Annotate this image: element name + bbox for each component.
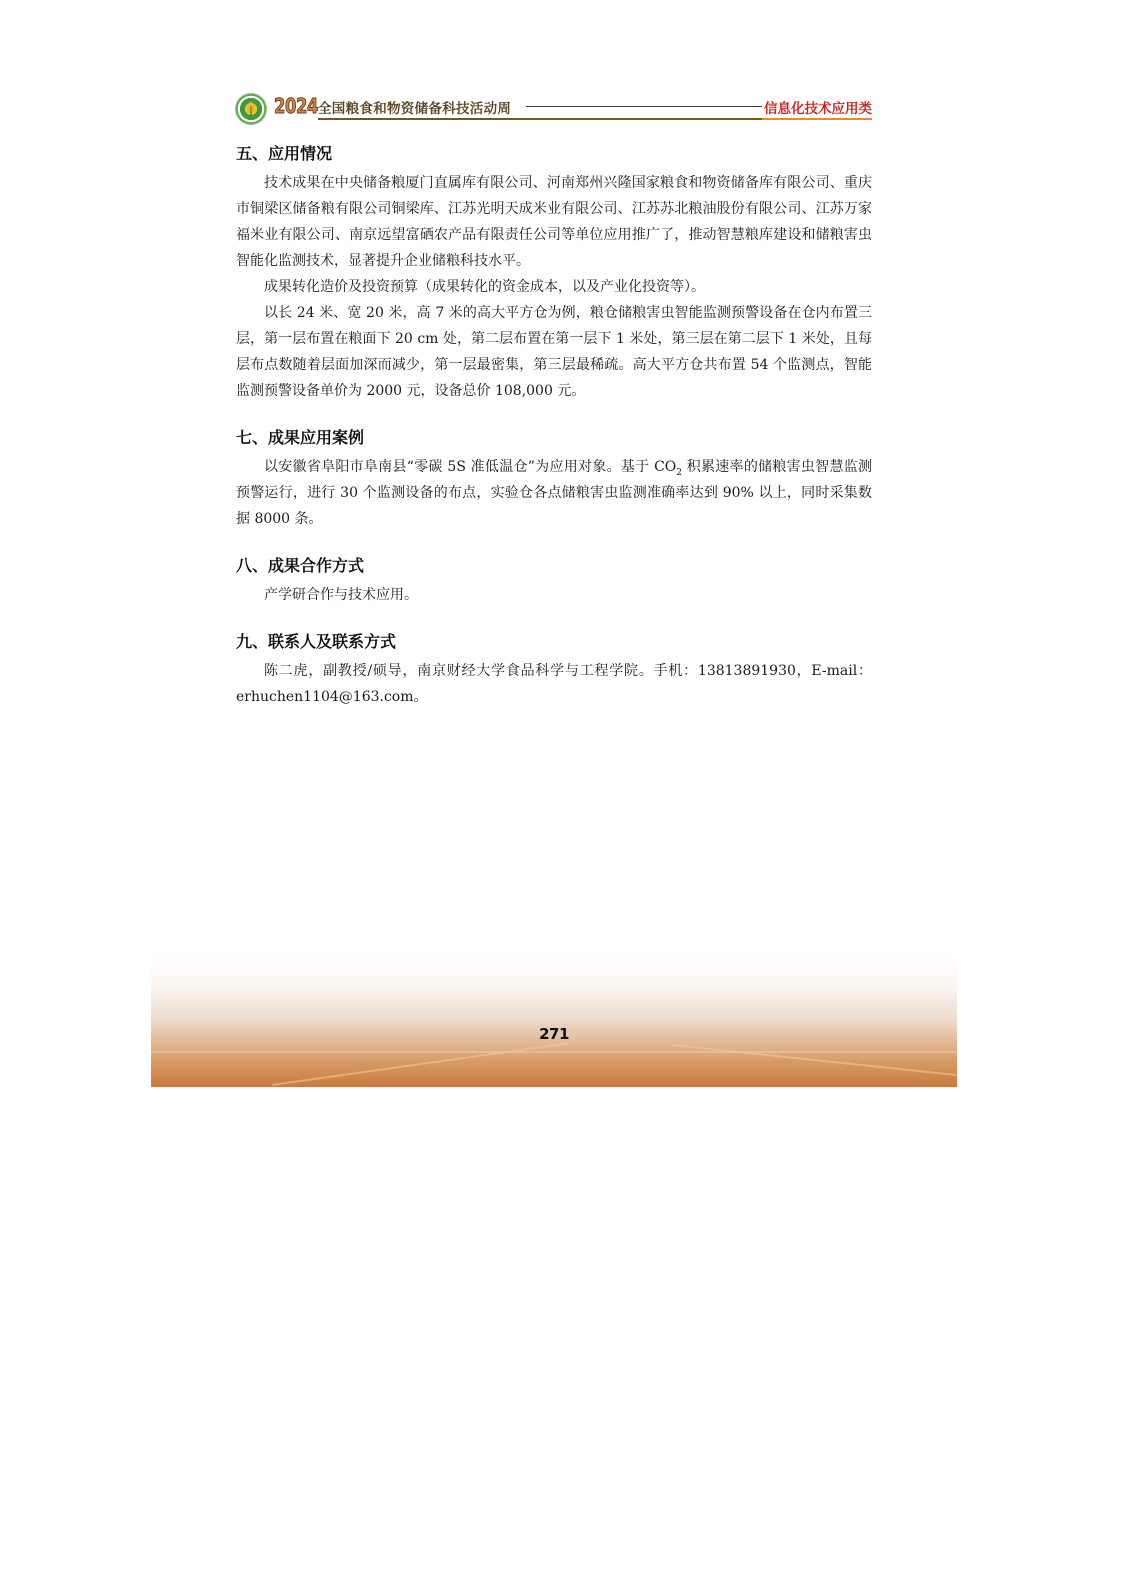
header-divider-line — [526, 106, 762, 107]
section-heading: 七、成果应用案例 — [236, 426, 872, 450]
decorative-streak — [151, 1051, 957, 1053]
paragraph: 以安徽省阜阳市阜南县“零碳 5S 准低温仓”为应用对象。基于 CO2 积累速率的… — [236, 454, 872, 532]
wheat-icon — [236, 94, 266, 124]
paragraph: 技术成果在中央储备粮厦门直属库有限公司、河南郑州兴隆国家粮食和物资储备库有限公司… — [236, 170, 872, 274]
contact-paragraph: 陈二虎，副教授/硕导，南京财经大学食品科学与工程学院。手机：1381389193… — [236, 658, 872, 710]
paragraph-text: 以安徽省阜阳市阜南县“零碳 5S 准低温仓”为应用对象。基于 CO — [264, 459, 676, 475]
page-header: 2024 全国粮食和物资储备科技活动周 信息化技术应用类 — [236, 92, 872, 126]
section-heading: 九、联系人及联系方式 — [236, 630, 872, 654]
header-underline — [318, 118, 762, 120]
section-heading: 八、成果合作方式 — [236, 554, 872, 578]
category-label: 信息化技术应用类 — [764, 97, 872, 117]
footer-band: 271 — [151, 955, 957, 1087]
paragraph: 成果转化造价及投资预算（成果转化的资金成本，以及产业化投资等）。 — [236, 274, 872, 300]
decorative-streak — [272, 1042, 569, 1086]
event-title: 全国粮食和物资储备科技活动周 — [318, 97, 511, 117]
document-page: 2024 全国粮食和物资储备科技活动周 信息化技术应用类 五、应用情况 技术成果… — [0, 0, 1122, 1588]
section-contact: 九、联系人及联系方式 陈二虎，副教授/硕导，南京财经大学食品科学与工程学院。手机… — [236, 630, 872, 710]
document-body: 五、应用情况 技术成果在中央储备粮厦门直属库有限公司、河南郑州兴隆国家粮食和物资… — [236, 142, 872, 710]
event-year: 2024 — [274, 94, 318, 118]
header-underline-accent — [762, 118, 872, 120]
grain-reserve-emblem-icon — [236, 94, 266, 124]
paragraph: 以长 24 米、宽 20 米，高 7 米的高大平方仓为例，粮仓储粮害虫智能监测预… — [236, 300, 872, 404]
decorative-streak — [672, 1044, 957, 1076]
section-application-case: 七、成果应用案例 以安徽省阜阳市阜南县“零碳 5S 准低温仓”为应用对象。基于 … — [236, 426, 872, 532]
paragraph: 产学研合作与技术应用。 — [236, 582, 872, 608]
section-cooperation: 八、成果合作方式 产学研合作与技术应用。 — [236, 554, 872, 608]
section-heading: 五、应用情况 — [236, 142, 872, 166]
section-application-status: 五、应用情况 技术成果在中央储备粮厦门直属库有限公司、河南郑州兴隆国家粮食和物资… — [236, 142, 872, 404]
page-number: 271 — [151, 1025, 957, 1043]
